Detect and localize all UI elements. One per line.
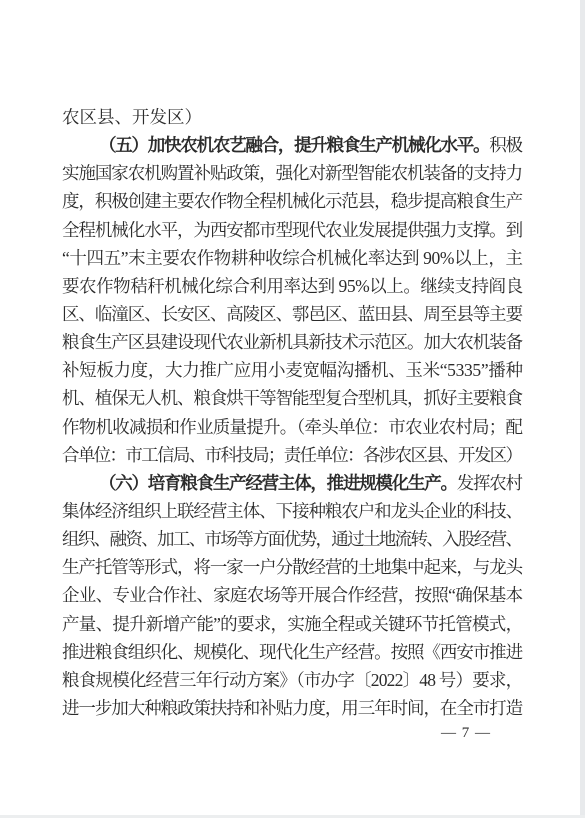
document-page: 农区县、开发区）（五）加快农机农艺融合，提升粮食生产机械化水平。积极实施国家农机… (0, 0, 585, 818)
text-line: 区、临潼区、长安区、高陵区、鄠邑区、蓝田县、周至县等主要 (62, 300, 523, 328)
body-text: 生产托管等形式，将一家一户分散经营的土地集中起来，与龙头 (62, 557, 522, 577)
body-text: “十四五”末主要农作物耕种收综合机械化率达到 90%以上，主 (62, 248, 523, 268)
text-line: 机、植保无人机、粮食烘干等智能型复合型机具，抓好主要粮食 (62, 384, 523, 412)
text-line: 度，积极创建主要农作物全程机械化示范县，稳步提高粮食生产 (62, 187, 523, 215)
body-text: 粮食生产区县建设现代农业新机具新技术示范区。加大农机装备 (62, 332, 522, 352)
body-text: 积极 (489, 135, 522, 155)
text-line: 合单位：市工信局、市科技局；责任单位：各涉农区县、开发区） (62, 441, 523, 469)
text-line: 企业、专业合作社、家庭农场等开展合作经营，按照“确保基本 (62, 581, 523, 609)
body-text: 农区县、开发区） (62, 107, 202, 127)
text-line: 产量、提升新增产能”的要求，实施全程或关键环节托管模式， (62, 610, 523, 638)
text-line: 组织、融资、加工、市场等方面优势，通过土地流转、入股经营、 (62, 525, 523, 553)
text-line: 要农作物秸秆机械化综合利用率达到 95%以上。继续支持阎良 (62, 272, 523, 300)
text-line: “十四五”末主要农作物耕种收综合机械化率达到 90%以上，主 (62, 244, 523, 272)
text-line: 集体经济组织上联经营主体、下接种粮农户和龙头企业的科技、 (62, 497, 523, 525)
section-heading-text: （五）加快农机农艺融合，提升粮食生产机械化水平。 (99, 135, 489, 155)
body-text: 粮食规模化经营三年行动方案》（市办字〔2022〕48 号）要求， (62, 670, 522, 690)
text-line: （五）加快农机农艺融合，提升粮食生产机械化水平。积极 (62, 131, 523, 159)
section-heading-text: （六）培育粮食生产经营主体，推进规模化生产。 (99, 473, 457, 493)
body-text: 集体经济组织上联经营主体、下接种粮农户和龙头企业的科技、 (62, 501, 522, 521)
body-text: 进一步加大种粮政策扶持和补贴力度，用三年时间，在全市打造 (62, 698, 522, 718)
page-number: — 7 — (441, 724, 491, 742)
body-text: 推进粮食组织化、规模化、现代化生产经营。按照《西安市推进 (62, 642, 522, 662)
text-line: （六）培育粮食生产经营主体，推进规模化生产。发挥农村 (62, 469, 523, 497)
text-line: 推进粮食组织化、规模化、现代化生产经营。按照《西安市推进 (62, 638, 523, 666)
body-text: 补短板力度，大力推广应用小麦宽幅沟播机、玉米“5335”播种 (62, 360, 523, 380)
text-line: 粮食生产区县建设现代农业新机具新技术示范区。加大农机装备 (62, 328, 523, 356)
text-line: 作物机收减损和作业质量提升。（牵头单位：市农业农村局；配 (62, 413, 523, 441)
body-text: 要农作物秸秆机械化综合利用率达到 95%以上。继续支持阎良 (62, 276, 523, 296)
body-text: 发挥农村 (457, 473, 522, 493)
body-text: 度，积极创建主要农作物全程机械化示范县，稳步提高粮食生产 (62, 191, 522, 211)
body-text: 实施国家农机购置补贴政策，强化对新型智能农机装备的支持力 (62, 163, 522, 183)
text-line: 生产托管等形式，将一家一户分散经营的土地集中起来，与龙头 (62, 553, 523, 581)
body-text: 组织、融资、加工、市场等方面优势，通过土地流转、入股经营、 (62, 529, 521, 549)
text-line: 全程机械化水平，为西安都市型现代农业发展提供强力支撑。到 (62, 216, 523, 244)
text-line: 补短板力度，大力推广应用小麦宽幅沟播机、玉米“5335”播种 (62, 356, 523, 384)
body-text: 区、临潼区、长安区、高陵区、鄠邑区、蓝田县、周至县等主要 (62, 304, 522, 324)
body-text: 全程机械化水平，为西安都市型现代农业发展提供强力支撑。到 (62, 220, 522, 240)
body-text: 企业、专业合作社、家庭农场等开展合作经营，按照“确保基本 (62, 585, 522, 605)
text-line: 农区县、开发区） (62, 103, 523, 131)
text-line: 实施国家农机购置补贴政策，强化对新型智能农机装备的支持力 (62, 159, 523, 187)
text-line: 进一步加大种粮政策扶持和补贴力度，用三年时间，在全市打造 (62, 694, 523, 722)
document-body: 农区县、开发区）（五）加快农机农艺融合，提升粮食生产机械化水平。积极实施国家农机… (62, 103, 523, 722)
text-line: 粮食规模化经营三年行动方案》（市办字〔2022〕48 号）要求， (62, 666, 523, 694)
body-text: 产量、提升新增产能”的要求，实施全程或关键环节托管模式， (62, 614, 522, 634)
body-text: 合单位：市工信局、市科技局；责任单位：各涉农区县、开发区） (62, 445, 521, 465)
scan-edge-right (580, 0, 585, 818)
body-text: 机、植保无人机、粮食烘干等智能型复合型机具，抓好主要粮食 (62, 388, 522, 408)
body-text: 作物机收减损和作业质量提升。（牵头单位：市农业农村局；配 (62, 417, 522, 437)
